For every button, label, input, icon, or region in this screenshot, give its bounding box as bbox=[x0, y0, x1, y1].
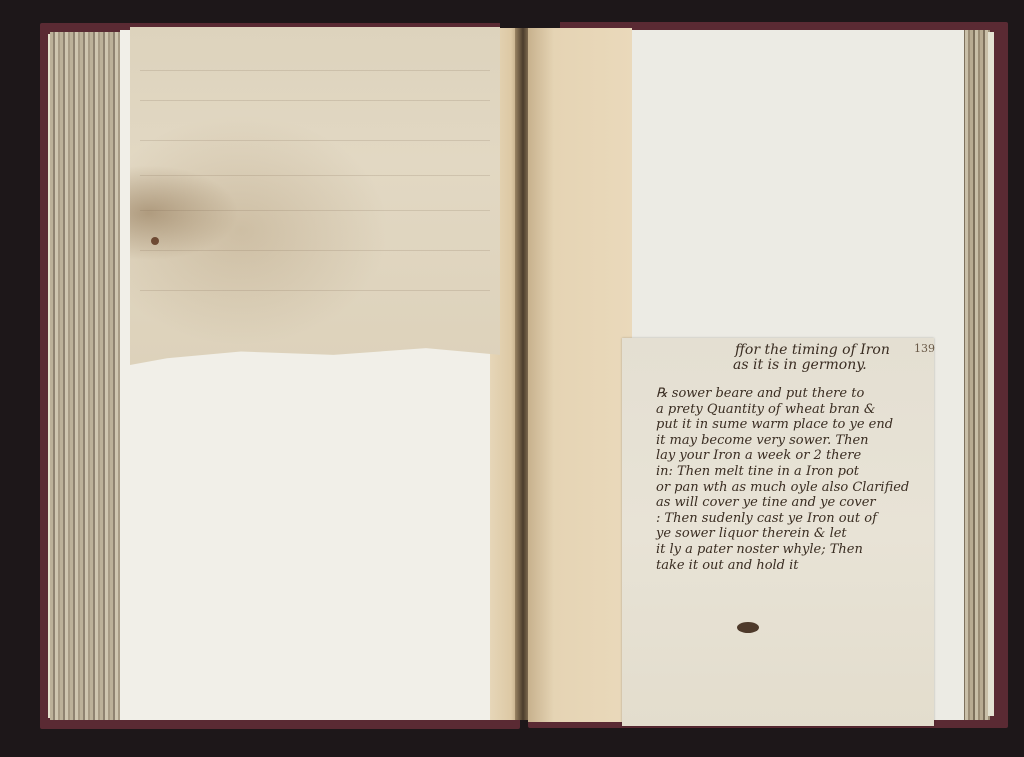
manuscript-line: it may become very sower. Then bbox=[656, 433, 909, 449]
page-edges-right bbox=[960, 30, 990, 720]
folio-number: 139 bbox=[914, 342, 935, 355]
spine-gap bbox=[500, 0, 560, 28]
manuscript-sheet-left bbox=[130, 27, 500, 365]
manuscript-title-line-2: as it is in germony. bbox=[733, 357, 867, 373]
show-through-line bbox=[140, 290, 490, 291]
manuscript-line: it ly a pater noster whyle; Then bbox=[656, 542, 909, 558]
manuscript-line: : Then sudenly cast ye Iron out of bbox=[656, 511, 909, 527]
manuscript-line: as will cover ye tine and ye cover bbox=[656, 495, 909, 511]
manuscript-line: lay your Iron a week or 2 there bbox=[656, 448, 909, 464]
show-through-line bbox=[140, 70, 490, 71]
show-through-line bbox=[140, 175, 490, 176]
manuscript-line: a prety Quantity of wheat bran & bbox=[656, 402, 909, 418]
show-through-line bbox=[140, 100, 490, 101]
stain-mark bbox=[151, 237, 159, 245]
endpaper-right bbox=[988, 32, 994, 716]
show-through-line bbox=[140, 210, 490, 211]
manuscript-line: in: Then melt tine in a Iron pot bbox=[656, 464, 909, 480]
manuscript-title-line-1: ffor the timing of Iron bbox=[735, 342, 890, 358]
show-through-line bbox=[140, 140, 490, 141]
guard-stub-right bbox=[528, 28, 632, 722]
manuscript-body: ℞ sower beare and put there to a prety Q… bbox=[656, 386, 909, 573]
manuscript-line: put it in sume warm place to ye end bbox=[656, 417, 909, 433]
manuscript-line: ye sower liquor therein & let bbox=[656, 526, 909, 542]
manuscript-line: or pan wth as much oyle also Clarified bbox=[656, 480, 909, 496]
manuscript-line: ℞ sower beare and put there to bbox=[656, 386, 909, 402]
ink-blot bbox=[737, 622, 759, 633]
page-edges-left bbox=[50, 32, 120, 720]
show-through-line bbox=[140, 250, 490, 251]
manuscript-line: take it out and hold it bbox=[656, 558, 909, 574]
